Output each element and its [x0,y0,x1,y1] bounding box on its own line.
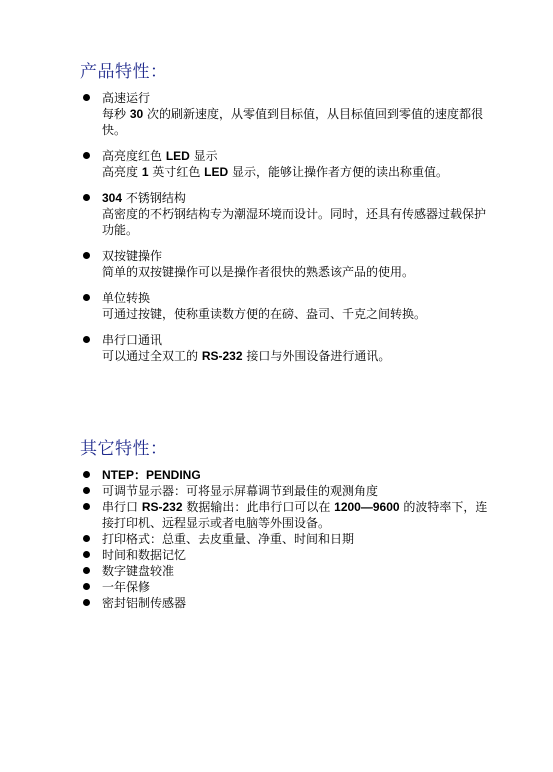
product-features-list: 高速运行 每秒 30 次的刷新速度，从零值到目标值，从目标值回到零值的速度都很快… [80,90,490,374]
feature-text: NTEP：PENDING [102,468,201,482]
list-item: 一年保修 [80,579,490,595]
feature-title: 双按键操作 [102,248,490,264]
section-heading-product-features: 产品特性： [80,57,168,82]
bullet-icon [83,194,90,201]
feature-title: 304 不锈钢结构 [102,190,490,206]
list-item: 串行口通讯 可以通过全双工的 RS-232 接口与外围设备进行通讯。 [80,332,490,364]
feature-text: 时间和数据记忆 [102,548,186,562]
feature-title: 串行口通讯 [102,332,490,348]
feature-text: 数字键盘较准 [102,564,174,578]
feature-text: 密封铝制传感器 [102,596,186,610]
bullet-icon [83,252,90,259]
feature-desc: 每秒 30 次的刷新速度，从零值到目标值，从目标值回到零值的速度都很快。 [102,106,490,138]
feature-text: 可调节显示器：可将显示屏幕调节到最佳的观测角度 [102,484,378,498]
bullet-icon [83,503,90,510]
list-item: 单位转换 可通过按键，使称重读数方便的在磅、盎司、千克之间转换。 [80,290,490,322]
feature-text: 串行口 RS-232 数据输出：此串行口可以在 1200—9600 的波特率下，… [102,500,487,530]
list-item: 可调节显示器：可将显示屏幕调节到最佳的观测角度 [80,483,490,499]
bullet-icon [83,551,90,558]
bullet-icon [83,567,90,574]
list-item: 串行口 RS-232 数据输出：此串行口可以在 1200—9600 的波特率下，… [80,499,490,531]
list-item: 双按键操作 简单的双按键操作可以是操作者很快的熟悉该产品的使用。 [80,248,490,280]
list-item: 打印格式：总重、去皮重量、净重、时间和日期 [80,531,490,547]
feature-desc: 高亮度 1 英寸红色 LED 显示，能够让操作者方便的读出称重值。 [102,164,490,180]
bullet-icon [83,599,90,606]
feature-title: 高速运行 [102,90,490,106]
feature-desc: 高密度的不朽钢结构专为潮湿环境而设计。同时，还具有传感器过载保护功能。 [102,206,490,238]
document-page: 产品特性： 高速运行 每秒 30 次的刷新速度，从零值到目标值，从目标值回到零值… [0,0,553,772]
feature-text: 打印格式：总重、去皮重量、净重、时间和日期 [102,532,354,546]
feature-text: 一年保修 [102,580,150,594]
list-item: NTEP：PENDING [80,467,490,483]
bullet-icon [83,94,90,101]
list-item: 304 不锈钢结构 高密度的不朽钢结构专为潮湿环境而设计。同时，还具有传感器过载… [80,190,490,238]
feature-desc: 可以通过全双工的 RS-232 接口与外围设备进行通讯。 [102,348,490,364]
bullet-icon [83,336,90,343]
feature-desc: 可通过按键，使称重读数方便的在磅、盎司、千克之间转换。 [102,306,490,322]
list-item: 时间和数据记忆 [80,547,490,563]
bullet-icon [83,487,90,494]
list-item: 高速运行 每秒 30 次的刷新速度，从零值到目标值，从目标值回到零值的速度都很快… [80,90,490,138]
bullet-icon [83,583,90,590]
other-features-list: NTEP：PENDING 可调节显示器：可将显示屏幕调节到最佳的观测角度 串行口… [80,467,490,611]
bullet-icon [83,535,90,542]
bullet-icon [83,294,90,301]
feature-title: 单位转换 [102,290,490,306]
bullet-icon [83,471,90,478]
section-heading-other-features: 其它特性： [80,434,168,459]
list-item: 高亮度红色 LED 显示 高亮度 1 英寸红色 LED 显示，能够让操作者方便的… [80,148,490,180]
list-item: 数字键盘较准 [80,563,490,579]
list-item: 密封铝制传感器 [80,595,490,611]
bullet-icon [83,152,90,159]
feature-desc: 简单的双按键操作可以是操作者很快的熟悉该产品的使用。 [102,264,490,280]
feature-title: 高亮度红色 LED 显示 [102,148,490,164]
